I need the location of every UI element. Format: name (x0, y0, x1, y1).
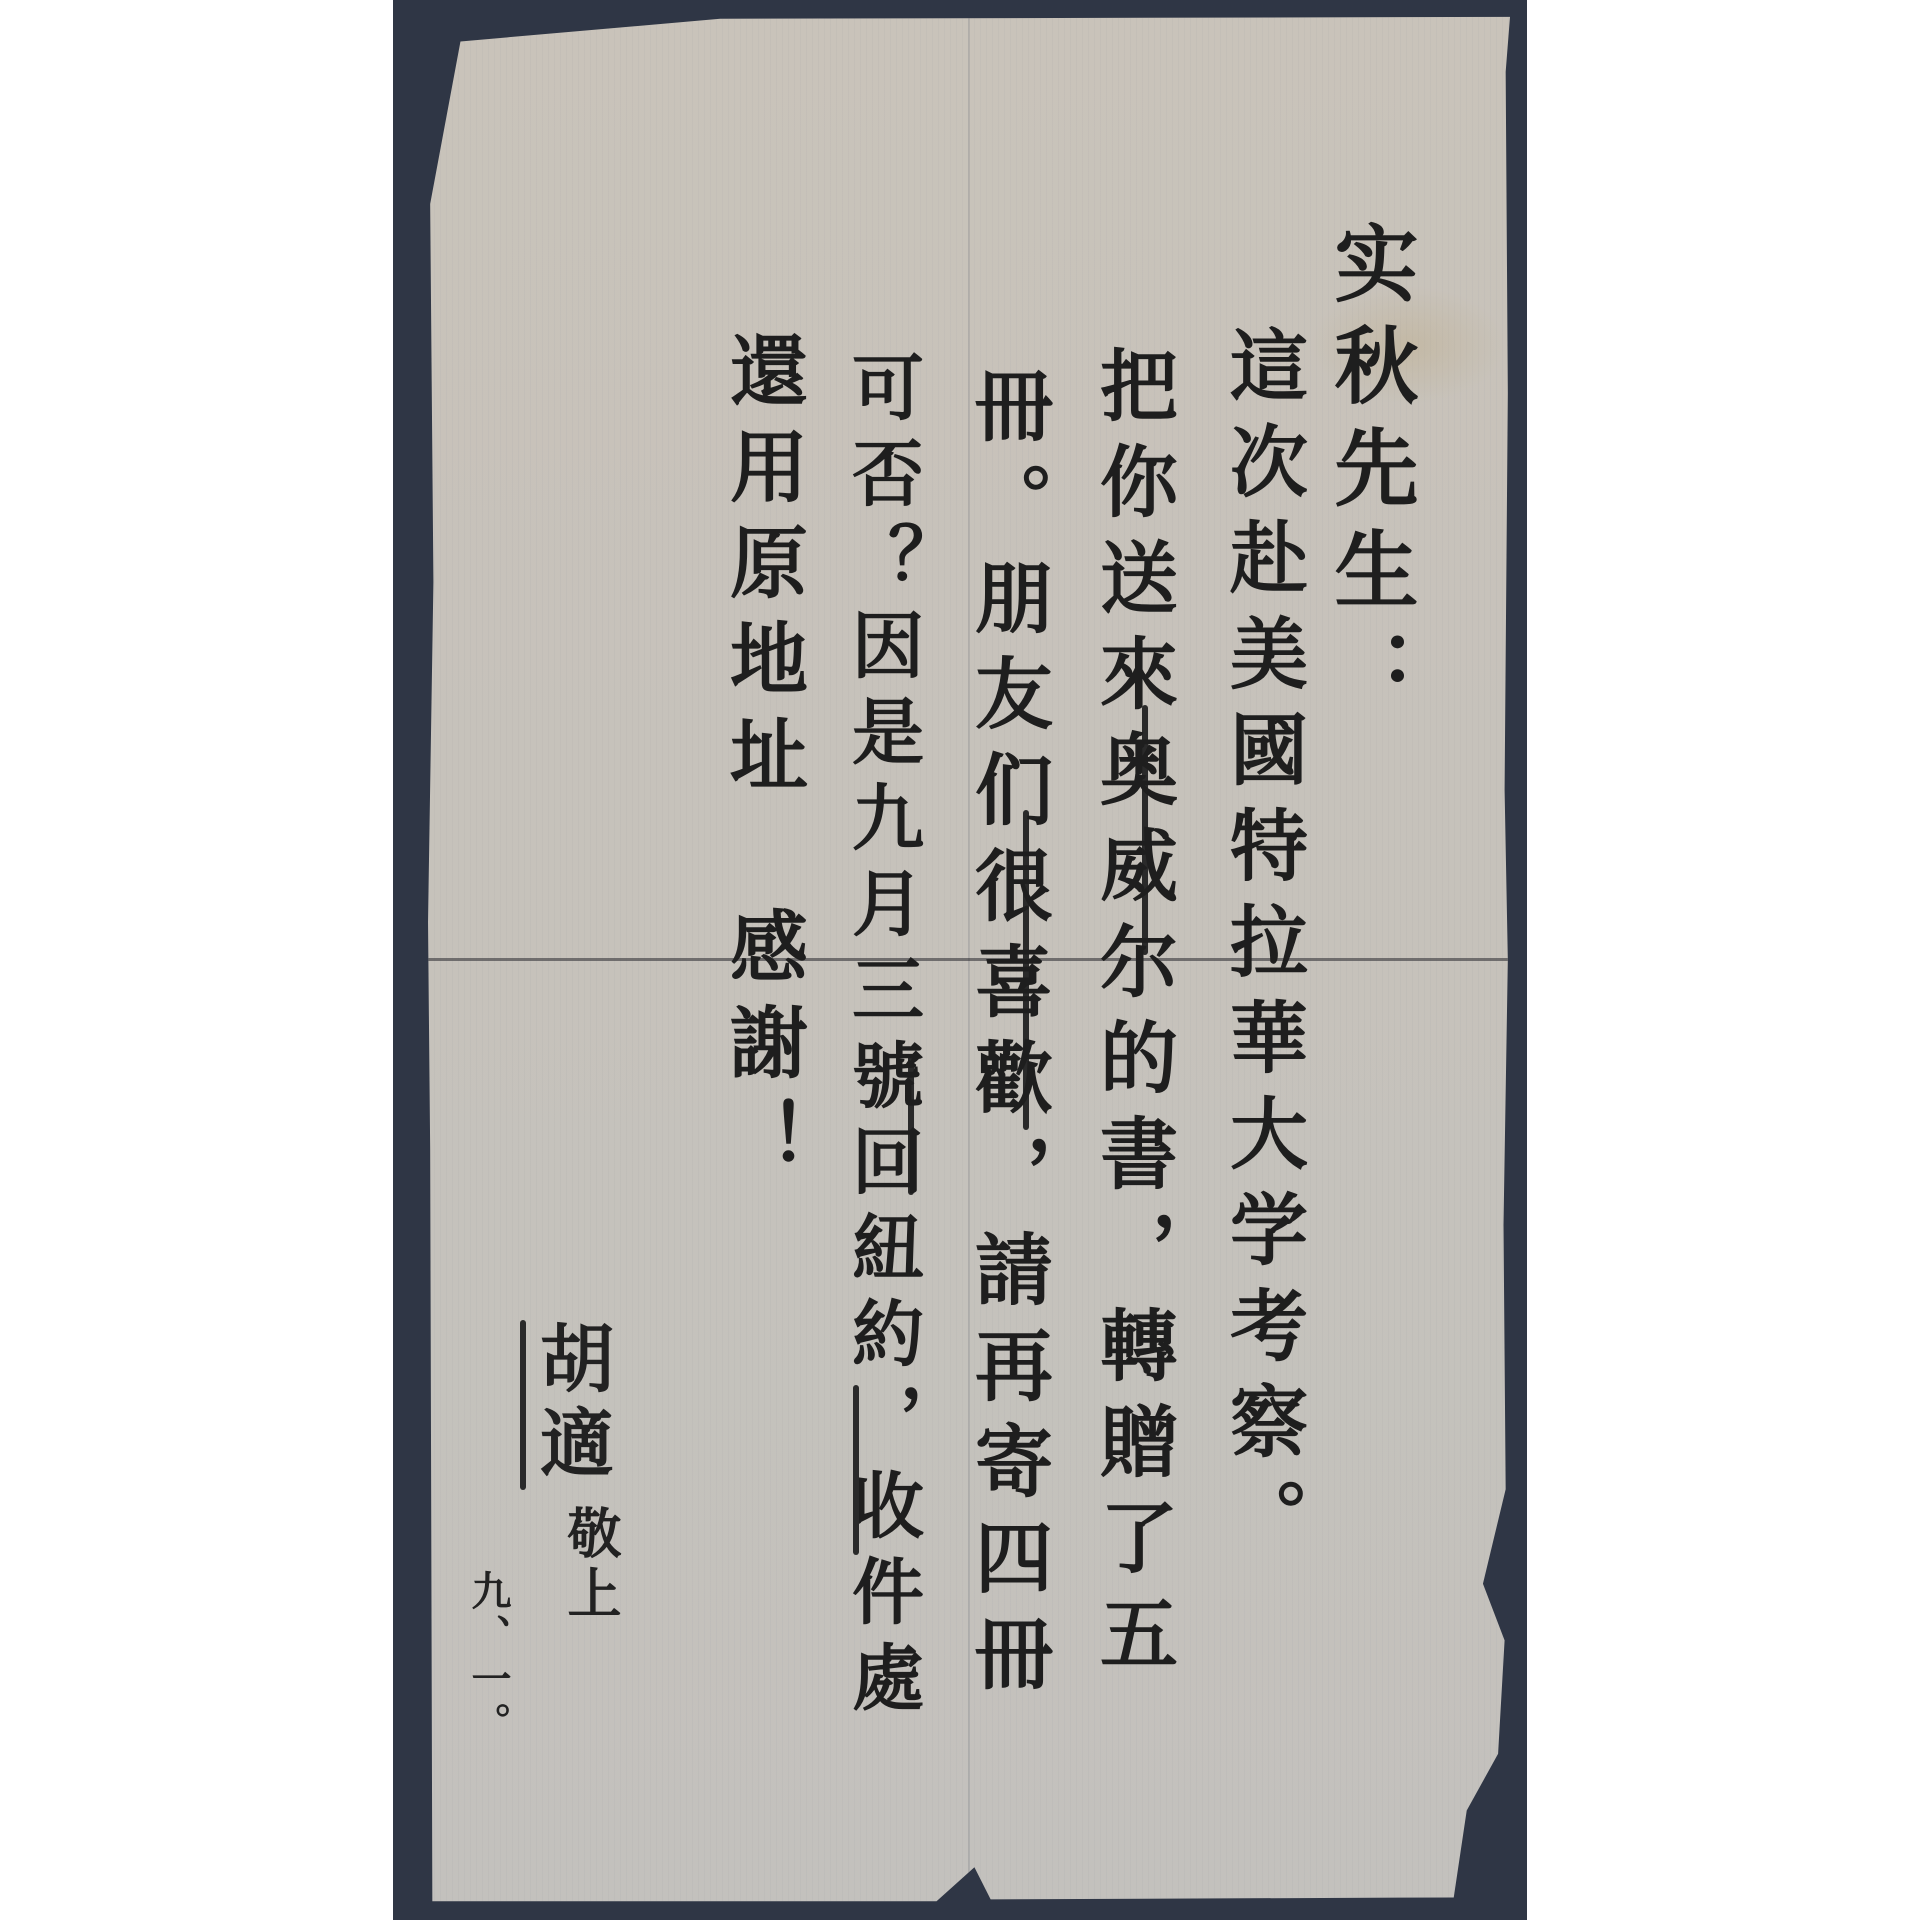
letter-column-3: 冊。朋友们很喜歡，請再寄四冊 (968, 365, 1046, 1709)
letter-column-5: 還用原地址 感謝！ (723, 330, 801, 1194)
letter-paper: 实秋先生： 這次赴美國特拉華大学考察。 把你送來奥威尔的書，轉贈了五 冊。朋友们… (428, 15, 1510, 1905)
letter-column-1: 這次赴美國特拉華大学考察。 (1223, 325, 1301, 1573)
salutation: 实秋先生： (1328, 220, 1412, 730)
name-underline-mark (520, 1320, 526, 1490)
signature-closing: 敬上 (553, 1505, 630, 1625)
letter-date: 九、一。 (460, 1570, 517, 1746)
signature-name: 胡適 (518, 1320, 624, 1488)
letter-column-2: 把你送來奥威尔的書，轉贈了五 (1093, 345, 1171, 1689)
name-underline-mark (853, 1385, 859, 1555)
